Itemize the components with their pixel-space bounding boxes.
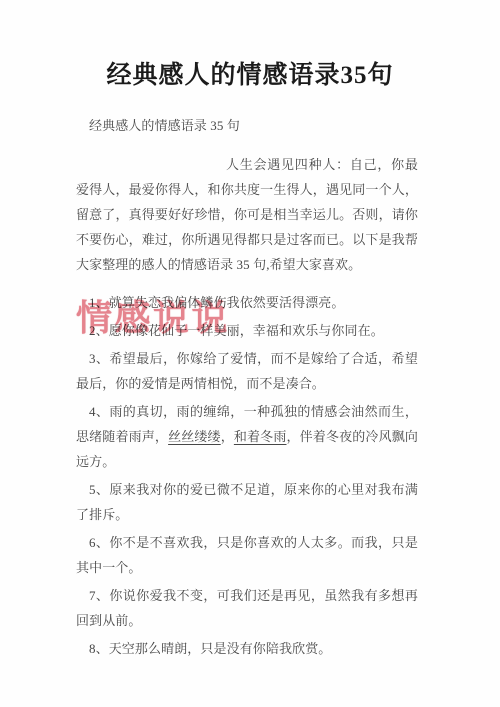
quote-text: 愿你像花仙子一样美丽，幸福和欢乐与你同在。 [109, 323, 384, 338]
document-subtitle: 经典感人的情感语录 35 句 [76, 113, 418, 138]
quote-text: 你说你爱我不变，可我们还是再见，虽然我有多想再回到从前。 [76, 588, 418, 628]
intro-paragraph: 人生会遇见四种人：自己，你最爱得人，最爱你得人，和你共度一生得人，遇见同一个人，… [76, 152, 418, 277]
quote-segment: 原来我对你的爱已微不足道，原来你的心里对我布满了排斥。 [76, 482, 418, 522]
quote-item: 7、你说你爱我不变，可我们还是再见，虽然我有多想再回到从前。 [76, 583, 418, 633]
document-page: 经典感人的情感语录35句 经典感人的情感语录 35 句 人生会遇见四种人：自己，… [0, 0, 500, 707]
quotes-list: 1、就算失恋我偏体鳞伤我依然要活得漂亮。 2、愿你像花仙子一样美丽，幸福和欢乐与… [76, 290, 418, 661]
quote-segment: 你不是不喜欢我，只是你喜欢的人太多。而我，只是其中一个。 [76, 535, 418, 575]
item-number: 7、 [89, 588, 109, 603]
quote-text: 原来我对你的爱已微不足道，原来你的心里对我布满了排斥。 [76, 482, 418, 522]
quote-segment: ， [221, 429, 234, 444]
quote-segment: 天空那么晴朗，只是没有你陪我欣赏。 [109, 641, 332, 656]
quote-item: 1、就算失恋我偏体鳞伤我依然要活得漂亮。 [76, 290, 418, 315]
quote-item: 2、愿你像花仙子一样美丽，幸福和欢乐与你同在。 [76, 318, 418, 343]
item-number: 5、 [89, 482, 109, 497]
quote-text: 天空那么晴朗，只是没有你陪我欣赏。 [109, 641, 332, 656]
quote-segment: 就算失恋我偏体鳞伤我依然要活得漂亮。 [109, 295, 345, 310]
quote-item: 5、原来我对你的爱已微不足道，原来你的心里对我布满了排斥。 [76, 477, 418, 527]
item-number: 8、 [89, 641, 109, 656]
quote-segment: 你说你爱我不变，可我们还是再见，虽然我有多想再回到从前。 [76, 588, 418, 628]
quote-item: 4、雨的真切，雨的缠绵，一种孤独的情感会油然而生，思绪随着雨声，丝丝缕缕，和着冬… [76, 399, 418, 474]
item-number: 2、 [89, 323, 109, 338]
quote-text: 雨的真切，雨的缠绵，一种孤独的情感会油然而生，思绪随着雨声，丝丝缕缕，和着冬雨，… [76, 404, 418, 469]
quote-text: 就算失恋我偏体鳞伤我依然要活得漂亮。 [109, 295, 345, 310]
quote-text: 希望最后，你嫁给了爱情，而不是嫁给了合适，希望最后，你的爱情是两情相悦，而不是凑… [76, 351, 418, 391]
quote-item: 3、希望最后，你嫁给了爱情，而不是嫁给了合适，希望最后，你的爱情是两情相悦，而不… [76, 346, 418, 396]
quote-segment: 希望最后，你嫁给了爱情，而不是嫁给了合适，希望最后，你的爱情是两情相悦，而不是凑… [76, 351, 418, 391]
underlined-phrase: 和着冬雨 [234, 429, 287, 444]
quote-item: 8、天空那么晴朗，只是没有你陪我欣赏。 [76, 636, 418, 661]
item-number: 4、 [89, 404, 109, 419]
underlined-phrase: 丝丝缕缕 [168, 429, 221, 444]
document-body: 经典感人的情感语录 35 句 人生会遇见四种人：自己，你最爱得人，最爱你得人，和… [76, 113, 418, 661]
item-number: 3、 [89, 351, 109, 366]
item-number: 6、 [89, 535, 109, 550]
quote-text: 你不是不喜欢我，只是你喜欢的人太多。而我，只是其中一个。 [76, 535, 418, 575]
item-number: 1、 [89, 295, 109, 310]
document-title: 经典感人的情感语录35句 [0, 0, 500, 92]
quote-segment: 愿你像花仙子一样美丽，幸福和欢乐与你同在。 [109, 323, 384, 338]
quote-item: 6、你不是不喜欢我，只是你喜欢的人太多。而我，只是其中一个。 [76, 530, 418, 580]
